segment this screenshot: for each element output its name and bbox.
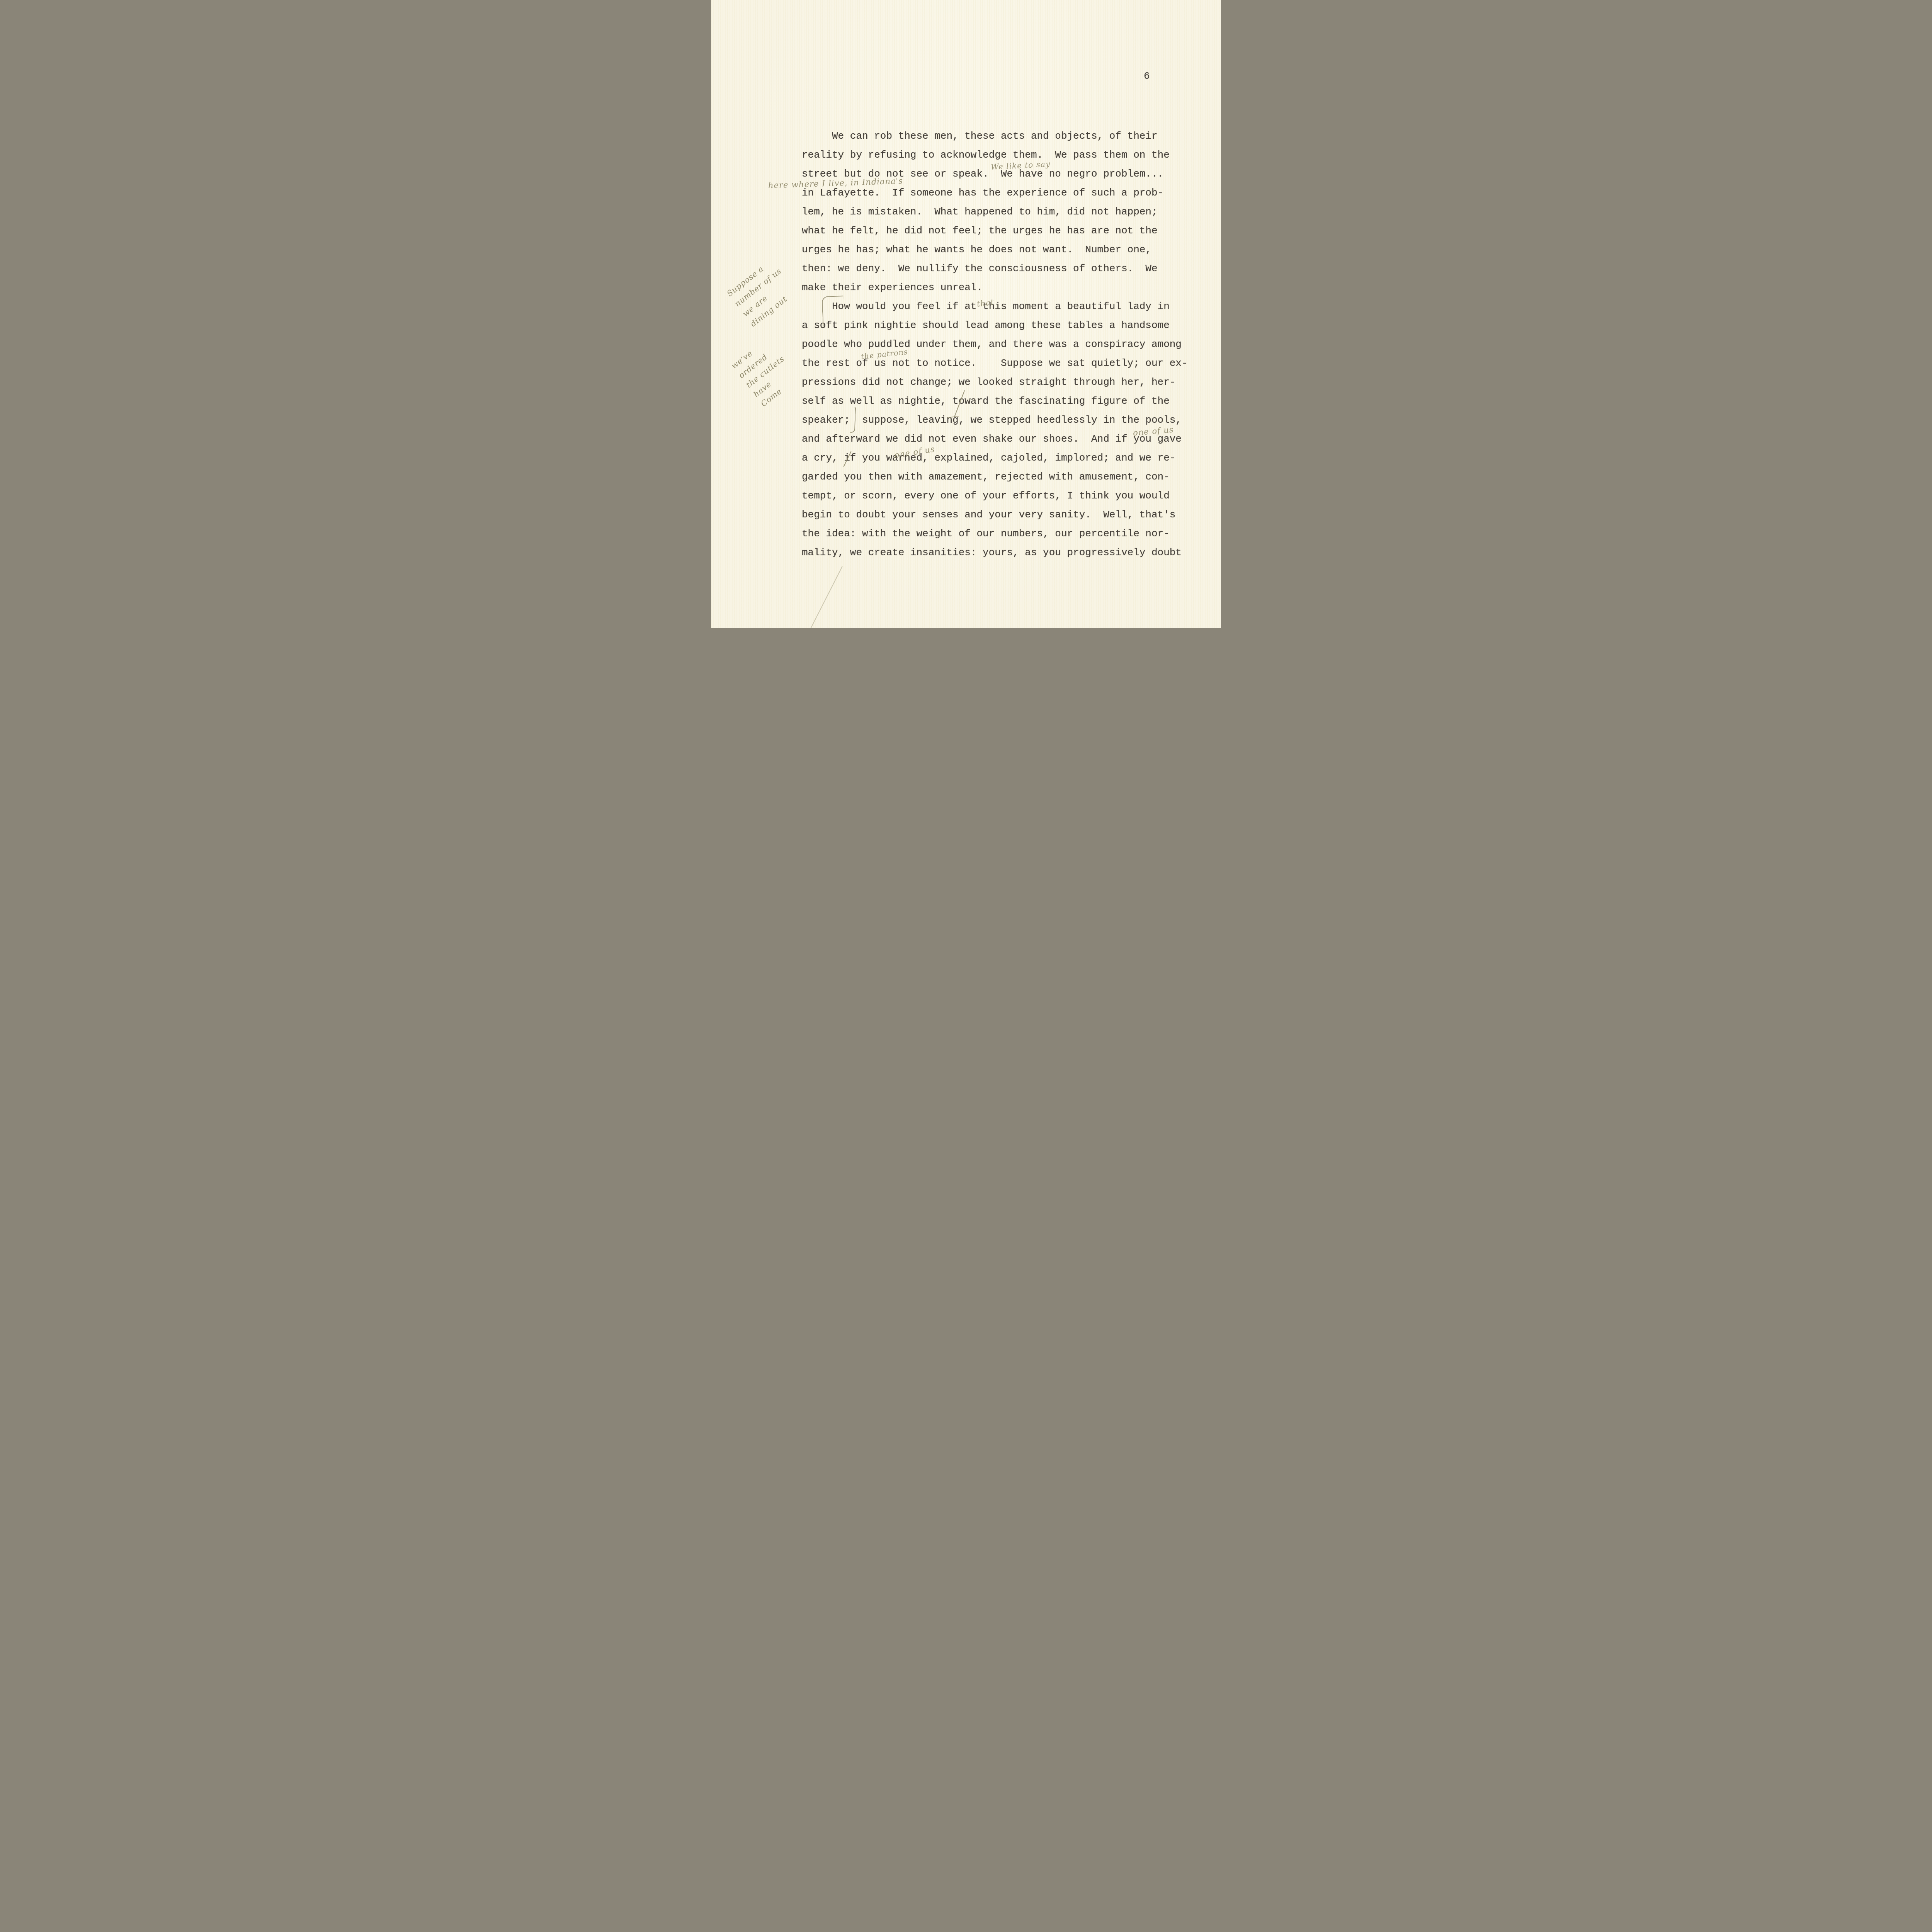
typed-line: the idea: with the weight of our numbers… [802,524,1200,543]
margin-note-upper: Suppose a number of us we are dining out [724,255,800,330]
pencil-open-bracket-mark [822,296,845,327]
typed-line: a soft pink nightie should lead among th… [802,316,1200,335]
typed-line: begin to doubt your senses and your very… [802,505,1200,524]
typed-line: poodle who puddled under them, and there… [802,335,1200,354]
typed-line: make their experiences unreal. [802,278,1200,297]
typed-line: what he felt, he did not feel; the urges… [802,221,1200,240]
typed-line: speaker; suppose, leaving, we stepped he… [802,411,1200,430]
typed-line: pressions did not change; we looked stra… [802,373,1200,392]
manuscript-page: 6 We can rob these men, these acts and o… [711,0,1221,628]
typed-line: urges he has; what he wants he does not … [802,240,1200,259]
typed-line: garded you then with amazement, rejected… [802,468,1200,486]
typed-line: lem, he is mistaken. What happened to hi… [802,202,1200,221]
typed-line: a cry, if you warned, explained, cajoled… [802,449,1200,468]
typed-line: mality, we create insanities: yours, as … [802,543,1200,562]
typed-line: self as well as nightie, toward the fasc… [802,392,1200,411]
typed-line: tempt, or scorn, every one of your effor… [802,486,1200,505]
typed-line: We can rob these men, these acts and obj… [802,127,1200,146]
pencil-stray-line-mark [810,566,843,628]
pencil-close-bracket-mark [850,407,856,433]
margin-note-lower: we've ordered the cutlets have Come [729,334,802,410]
typescript-body: We can rob these men, these acts and obj… [802,127,1200,562]
typed-line: then: we deny. We nullify the consciousn… [802,259,1200,278]
typed-line: How would you feel if at this moment a b… [802,297,1200,316]
page-number: 6 [1144,70,1150,82]
